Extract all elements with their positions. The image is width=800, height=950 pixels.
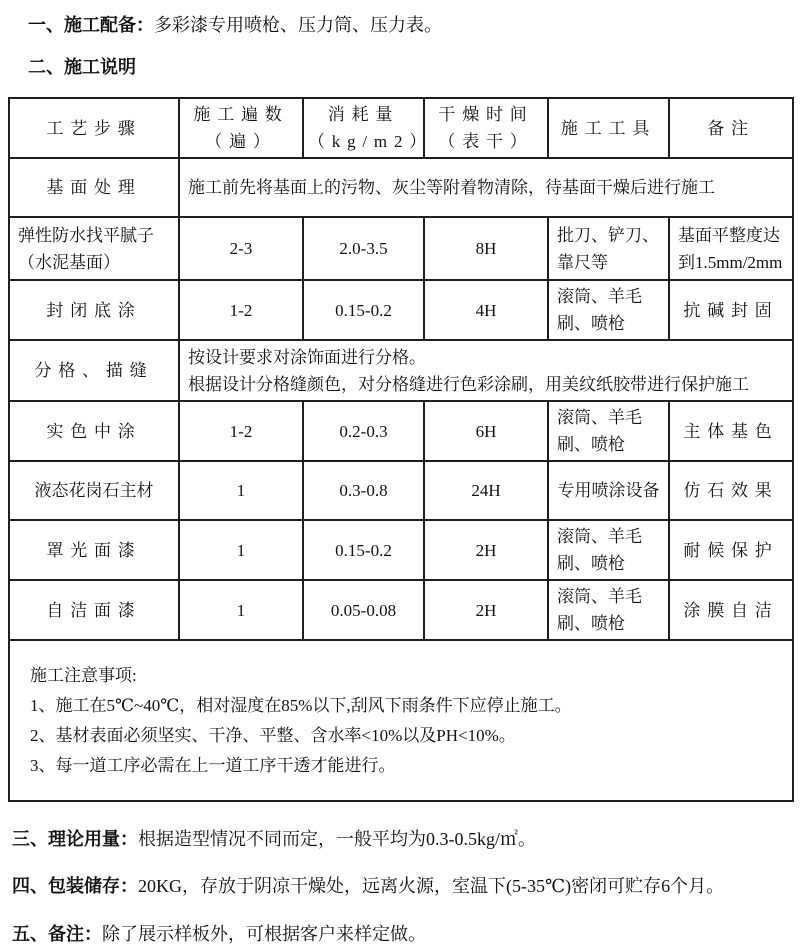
table-cell: 仿石效果	[669, 461, 793, 520]
heading-packaging-storage-text: 20KG，存放于阴凉干燥处，远离火源，室温下(5-35℃)密闭可贮存6个月。	[138, 876, 724, 896]
table-row: 分格、描缝按设计要求对涂饰面进行分格。根据设计分格缝颜色，对分格缝进行色彩涂刷，…	[9, 340, 793, 401]
heading-construction-instructions: 二、施工说明	[28, 56, 800, 79]
cell-line: 抗碱封固	[674, 297, 788, 324]
cell-line: 2H	[429, 597, 543, 624]
cell-line: 基面处理	[14, 174, 174, 201]
cell-line: 施工注意事项:	[30, 661, 788, 691]
table-cell: 0.05-0.08	[303, 580, 424, 640]
table-cell: 施工前先将基面上的污物、灰尘等附着物清除，待基面干燥后进行施工	[179, 158, 793, 217]
table-cell: 0.15-0.2	[303, 520, 424, 580]
table-cell: 2.0-3.5	[303, 217, 424, 280]
table-cell: 1-2	[179, 280, 303, 340]
table-cell: 实色中涂	[9, 401, 179, 461]
cell-line: 3、每一道工序必需在上一道工序干透才能进行。	[30, 751, 788, 781]
table-cell: 专用喷涂设备	[548, 461, 669, 520]
construction-process-table: 工艺步骤施工遍数（遍）消耗量（kg/m2）干燥时间（表干）施工工具备注基面处理施…	[8, 97, 794, 802]
cell-line: 封闭底涂	[14, 297, 174, 324]
cell-line: 批刀、铲刀、靠尺等	[557, 222, 664, 276]
table-row: 实色中涂1-20.2-0.36H滚筒、羊毛刷、喷枪主体基色	[9, 401, 793, 461]
table-cell: 1	[179, 461, 303, 520]
table-cell: 滚筒、羊毛刷、喷枪	[548, 520, 669, 580]
heading-remarks-label: 五、备注：	[12, 924, 102, 944]
table-header-cell: 干燥时间（表干）	[424, 98, 548, 158]
table-cell: 按设计要求对涂饰面进行分格。根据设计分格缝颜色，对分格缝进行色彩涂刷，用美纹纸胶…	[179, 340, 793, 401]
table-row: 基面处理施工前先将基面上的污物、灰尘等附着物清除，待基面干燥后进行施工	[9, 158, 793, 217]
table-cell: 滚筒、羊毛刷、喷枪	[548, 280, 669, 340]
table-cell: 0.3-0.8	[303, 461, 424, 520]
heading-packaging-storage: 四、包装储存：20KG，存放于阴凉干燥处，远离火源，室温下(5-35℃)密闭可贮…	[12, 874, 800, 898]
cell-line: 分格、描缝	[14, 357, 174, 384]
heading-theoretical-usage-label: 三、理论用量：	[12, 829, 138, 849]
table-cell: 批刀、铲刀、靠尺等	[548, 217, 669, 280]
cell-line: 6H	[429, 418, 543, 445]
table-row: 弹性防水找平腻子（水泥基面）2-32.0-3.58H批刀、铲刀、靠尺等基面平整度…	[9, 217, 793, 280]
header-line: 施工工具	[553, 115, 664, 142]
cell-line: 0.2-0.3	[308, 418, 419, 445]
cell-line: 按设计要求对涂饰面进行分格。	[188, 344, 788, 371]
heading-construction-equipment-label: 一、施工配备：	[28, 15, 154, 35]
cell-line: 仿石效果	[674, 477, 788, 504]
table-cell: 6H	[424, 401, 548, 461]
header-line: 工艺步骤	[14, 115, 174, 142]
cell-line: 1	[184, 537, 298, 564]
table-cell: 弹性防水找平腻子（水泥基面）	[9, 217, 179, 280]
header-line: （遍）	[184, 128, 298, 155]
header-line: 消耗量	[308, 101, 419, 128]
table-header-cell: 施工遍数（遍）	[179, 98, 303, 158]
header-line: 施工遍数	[184, 101, 298, 128]
heading-theoretical-usage: 三、理论用量：根据造型情况不同而定，一般平均为0.3-0.5kg/㎡。	[12, 827, 800, 851]
table-cell: 0.15-0.2	[303, 280, 424, 340]
cell-line: 主体基色	[674, 418, 788, 445]
header-line: 干燥时间	[429, 101, 543, 128]
cell-line: 耐候保护	[674, 537, 788, 564]
table-cell: 2-3	[179, 217, 303, 280]
cell-line: 滚筒、羊毛刷、喷枪	[557, 523, 664, 577]
cell-line: 1	[184, 477, 298, 504]
cell-line: 滚筒、羊毛刷、喷枪	[557, 283, 664, 337]
cell-line: 2.0-3.5	[308, 235, 419, 262]
table-row: 液态花岗石主材10.3-0.824H专用喷涂设备仿石效果	[9, 461, 793, 520]
header-line: （kg/m2）	[308, 128, 419, 155]
cell-line: 滚筒、羊毛刷、喷枪	[557, 404, 664, 458]
table-cell: 滚筒、羊毛刷、喷枪	[548, 401, 669, 461]
table-row: 自洁面漆10.05-0.082H滚筒、羊毛刷、喷枪涂膜自洁	[9, 580, 793, 640]
table-cell: 2H	[424, 520, 548, 580]
table-cell: 滚筒、羊毛刷、喷枪	[548, 580, 669, 640]
table-cell: 自洁面漆	[9, 580, 179, 640]
cell-line: 2-3	[184, 235, 298, 262]
heading-packaging-storage-label: 四、包装储存：	[12, 876, 138, 896]
cell-line: 0.15-0.2	[308, 537, 419, 564]
table-header-row: 工艺步骤施工遍数（遍）消耗量（kg/m2）干燥时间（表干）施工工具备注	[9, 98, 793, 158]
cell-line: 根据设计分格缝颜色，对分格缝进行色彩涂刷，用美纹纸胶带进行保护施工	[188, 371, 788, 398]
cell-line: 施工前先将基面上的污物、灰尘等附着物清除，待基面干燥后进行施工	[188, 174, 788, 201]
header-line: （表干）	[429, 128, 543, 155]
table-cell: 抗碱封固	[669, 280, 793, 340]
heading-construction-instructions-label: 二、施工说明	[28, 57, 136, 77]
table-cell: 主体基色	[669, 401, 793, 461]
table-cell: 基面处理	[9, 158, 179, 217]
table-header-cell: 消耗量（kg/m2）	[303, 98, 424, 158]
cell-line: 1、施工在5℃~40℃，相对湿度在85%以下,刮风下雨条件下应停止施工。	[30, 691, 788, 721]
cell-line: 滚筒、羊毛刷、喷枪	[557, 583, 664, 637]
document-page: 一、施工配备：多彩漆专用喷枪、压力筒、压力表。 二、施工说明 工艺步骤施工遍数（…	[0, 0, 800, 950]
table-header-cell: 备注	[669, 98, 793, 158]
table-cell: 0.2-0.3	[303, 401, 424, 461]
table-header-cell: 工艺步骤	[9, 98, 179, 158]
cell-line: 1-2	[184, 418, 298, 445]
heading-remarks: 五、备注：除了展示样板外，可根据客户来样定做。	[12, 922, 800, 946]
cell-line: 0.15-0.2	[308, 297, 419, 324]
table-row: 罩光面漆10.15-0.22H滚筒、羊毛刷、喷枪耐候保护	[9, 520, 793, 580]
cell-line: 罩光面漆	[14, 537, 174, 564]
table-cell: 2H	[424, 580, 548, 640]
table-row: 封闭底涂1-20.15-0.24H滚筒、羊毛刷、喷枪抗碱封固	[9, 280, 793, 340]
cell-line: 4H	[429, 297, 543, 324]
cell-line: 弹性防水找平腻子（水泥基面）	[18, 222, 174, 276]
heading-remarks-text: 除了展示样板外，可根据客户来样定做。	[102, 924, 426, 944]
header-line: 备注	[674, 115, 788, 142]
table-cell: 4H	[424, 280, 548, 340]
heading-construction-equipment-text: 多彩漆专用喷枪、压力筒、压力表。	[154, 15, 442, 35]
cell-line: 液态花岗石主材	[14, 477, 174, 504]
table-cell: 耐候保护	[669, 520, 793, 580]
table-cell: 8H	[424, 217, 548, 280]
cell-line: 涂膜自洁	[674, 597, 788, 624]
cell-line: 1	[184, 597, 298, 624]
cell-line: 2、基材表面必须坚实、干净、平整、含水率<10%以及PH<10%。	[30, 721, 788, 751]
table-cell: 液态花岗石主材	[9, 461, 179, 520]
cell-line: 24H	[429, 477, 543, 504]
table-cell: 分格、描缝	[9, 340, 179, 401]
table-cell: 涂膜自洁	[669, 580, 793, 640]
cell-line: 8H	[429, 235, 543, 262]
cell-line: 自洁面漆	[14, 597, 174, 624]
table-header-cell: 施工工具	[548, 98, 669, 158]
cell-line: 0.3-0.8	[308, 477, 419, 504]
cell-line: 基面平整度达到1.5mm/2mm	[678, 222, 788, 276]
table-cell: 基面平整度达到1.5mm/2mm	[669, 217, 793, 280]
cell-line: 2H	[429, 537, 543, 564]
cell-line: 0.05-0.08	[308, 597, 419, 624]
table-cell: 罩光面漆	[9, 520, 179, 580]
table-cell: 1	[179, 580, 303, 640]
table-cell: 1-2	[179, 401, 303, 461]
cell-line: 实色中涂	[14, 418, 174, 445]
table-cell: 24H	[424, 461, 548, 520]
heading-construction-equipment: 一、施工配备：多彩漆专用喷枪、压力筒、压力表。	[28, 0, 800, 37]
cell-line: 专用喷涂设备	[553, 477, 664, 504]
table-cell: 封闭底涂	[9, 280, 179, 340]
table-cell: 1	[179, 520, 303, 580]
heading-theoretical-usage-text: 根据造型情况不同而定，一般平均为0.3-0.5kg/㎡。	[138, 829, 536, 849]
cell-line: 1-2	[184, 297, 298, 324]
table-row: 施工注意事项:1、施工在5℃~40℃，相对湿度在85%以下,刮风下雨条件下应停止…	[9, 640, 793, 801]
table-notes-cell: 施工注意事项:1、施工在5℃~40℃，相对湿度在85%以下,刮风下雨条件下应停止…	[9, 640, 793, 801]
